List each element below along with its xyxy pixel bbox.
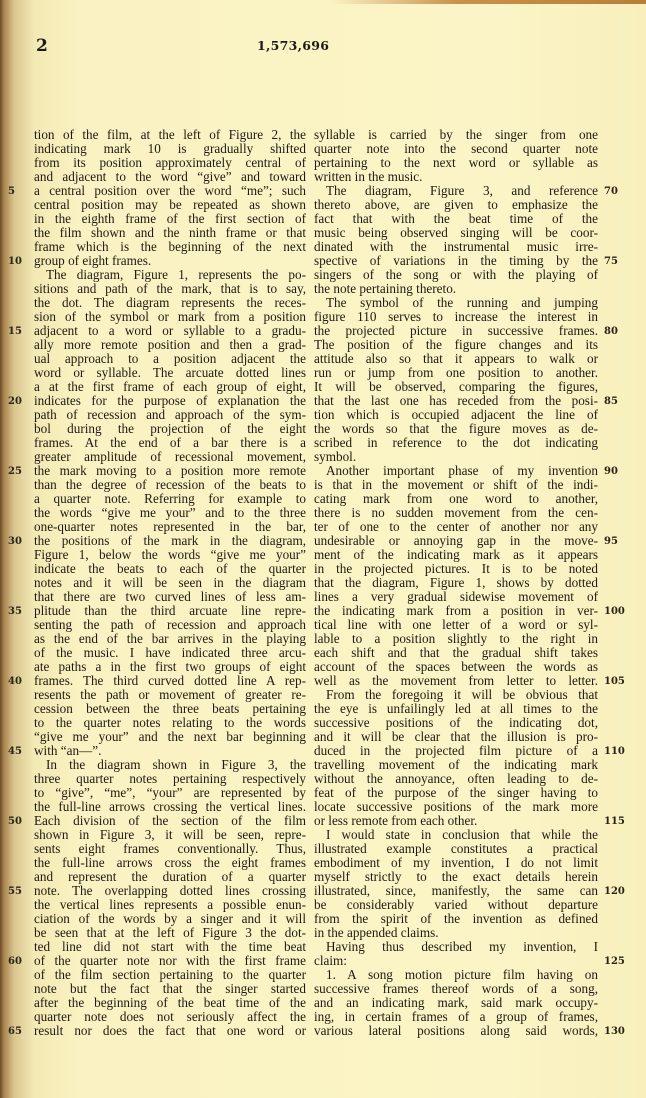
text-line: locate successive positions of the mark … bbox=[314, 800, 598, 814]
text-line: than the degree of recession of the beat… bbox=[34, 478, 306, 492]
line-number: 50 bbox=[8, 816, 22, 827]
patent-number: 1,573,696 bbox=[257, 38, 329, 53]
text-line: that the diagram, Figure 1, shows by dot… bbox=[314, 576, 598, 590]
line-number: 5 bbox=[8, 186, 15, 197]
text-line: result nor does the fact that one word o… bbox=[34, 1024, 306, 1038]
text-line: account of the spaces between the words … bbox=[314, 660, 598, 674]
text-line: thereto above, are given to emphasize th… bbox=[314, 198, 598, 212]
text-line: lines a very gradual sidewise movement o… bbox=[314, 590, 598, 604]
text-line: note. The overlapping dotted lines cross… bbox=[34, 884, 306, 898]
text-line: embodiment of my invention, I do not lim… bbox=[314, 856, 598, 870]
text-line: quarter note into the second quarter not… bbox=[314, 142, 598, 156]
text-line: the positions of the mark in the diagram… bbox=[34, 534, 306, 548]
line-number: 60 bbox=[8, 956, 22, 967]
text-line: successive positions of the indicating d… bbox=[314, 716, 598, 730]
line-number: 110 bbox=[604, 746, 625, 757]
left-column-text: tion of the film, at the left of Figure … bbox=[34, 128, 306, 1038]
text-line: feat of the purpose of the singer having… bbox=[314, 786, 598, 800]
text-line: ing, in certain frames of a group of fra… bbox=[314, 1010, 598, 1024]
text-line: ment of the indicating mark as it appear… bbox=[314, 548, 598, 562]
text-line: successive frames thereof words of a son… bbox=[314, 982, 598, 996]
text-line: various lateral positions along said wor… bbox=[314, 1024, 598, 1038]
text-line: tical line with one letter of a word or … bbox=[314, 618, 598, 632]
text-line: from its position approximately central … bbox=[34, 156, 306, 170]
text-line: travelling movement of the indicating ma… bbox=[314, 758, 598, 772]
text-line: ual approach to a position adjacent the bbox=[34, 352, 306, 366]
text-line: 1. A song motion picture film having on bbox=[314, 968, 598, 982]
text-line: group of eight frames. bbox=[34, 254, 306, 268]
text-line: singers of the song or with the playing … bbox=[314, 268, 598, 282]
text-line: a at the first frame of each group of ei… bbox=[34, 380, 306, 394]
page-edge-shadow bbox=[330, 0, 646, 4]
line-number: 90 bbox=[604, 466, 618, 477]
text-line: The position of the figure changes and i… bbox=[314, 338, 598, 352]
text-line: well as the movement from letter to lett… bbox=[314, 674, 598, 688]
line-number: 75 bbox=[604, 256, 618, 267]
text-line: the dot. The diagram represents the rece… bbox=[34, 296, 306, 310]
text-line: The diagram, Figure 3, and reference bbox=[314, 184, 598, 198]
text-line: and an indicating mark, said mark occupy… bbox=[314, 996, 598, 1010]
text-line: Figure 1, below the words “give me your” bbox=[34, 548, 306, 562]
page-header: 2 1,573,696 bbox=[0, 36, 646, 56]
text-line: tion which is occupied adjacent the line… bbox=[314, 408, 598, 422]
text-line: in the eighth frame of the first section… bbox=[34, 212, 306, 226]
text-line: tion of the film, at the left of Figure … bbox=[34, 128, 306, 142]
text-line: notes and it will be seen in the diagram bbox=[34, 576, 306, 590]
text-line: indicates for the purpose of explanation… bbox=[34, 394, 306, 408]
line-number: 65 bbox=[8, 1026, 22, 1037]
text-line: I would state in conclusion that while t… bbox=[314, 828, 598, 842]
text-line: symbol. bbox=[314, 450, 598, 464]
text-line: from the spirit of the invention as defi… bbox=[314, 912, 598, 926]
text-line: be considerably varied without departure bbox=[314, 898, 598, 912]
text-line: one-quarter notes represented in the bar… bbox=[34, 520, 306, 534]
line-number: 100 bbox=[604, 606, 625, 617]
line-number: 15 bbox=[8, 326, 22, 337]
text-line: It will be observed, comparing the figur… bbox=[314, 380, 598, 394]
text-line: with “an—”. bbox=[34, 744, 306, 758]
text-line: pertaining to the next word or syllable … bbox=[314, 156, 598, 170]
line-number: 70 bbox=[604, 186, 618, 197]
text-line: indicate the beats to each of the quarte… bbox=[34, 562, 306, 576]
text-line: plitude than the third arcuate line repr… bbox=[34, 604, 306, 618]
line-number: 85 bbox=[604, 396, 618, 407]
text-line: in the appended claims. bbox=[314, 926, 598, 940]
text-line: dinated with the instrumental music irre… bbox=[314, 240, 598, 254]
text-line: be seen that at the left of Figure 3 the… bbox=[34, 926, 306, 940]
text-line: figure 110 serves to increase the intere… bbox=[314, 310, 598, 324]
text-line: there is no sudden movement from the cen… bbox=[314, 506, 598, 520]
line-number: 10 bbox=[8, 256, 22, 267]
text-line: the full-line arrows crossing the vertic… bbox=[34, 800, 306, 814]
text-line: the eye is unfailingly led at all times … bbox=[314, 702, 598, 716]
text-line: adjacent to a word or syllable to a grad… bbox=[34, 324, 306, 338]
text-line: the projected picture in successive fram… bbox=[314, 324, 598, 338]
text-line: run or jump from one position to another… bbox=[314, 366, 598, 380]
text-line: that there are two curved lines of less … bbox=[34, 590, 306, 604]
text-line: and represent the duration of a quarter bbox=[34, 870, 306, 884]
text-line: the film shown and the ninth frame or th… bbox=[34, 226, 306, 240]
text-line: cating mark from one word to another, bbox=[314, 492, 598, 506]
text-line: undesirable or annoying gap in the move- bbox=[314, 534, 598, 548]
line-number: 115 bbox=[604, 816, 625, 827]
text-line: illustrated, since, manifestly, the same… bbox=[314, 884, 598, 898]
line-number: 80 bbox=[604, 326, 618, 337]
text-line: myself strictly to the exact details her… bbox=[314, 870, 598, 884]
text-line: frame which is the beginning of the next bbox=[34, 240, 306, 254]
text-line: sitions and path of the mark, that is to… bbox=[34, 282, 306, 296]
text-line: lable to a position slightly to the righ… bbox=[314, 632, 598, 646]
line-number: 45 bbox=[8, 746, 22, 757]
text-line: music being observed singing will be coo… bbox=[314, 226, 598, 240]
text-line: sents eight frames conventionally. Thus, bbox=[34, 842, 306, 856]
line-number: 40 bbox=[8, 676, 22, 687]
text-line: The symbol of the running and jumping bbox=[314, 296, 598, 310]
line-number: 30 bbox=[8, 536, 22, 547]
page-number: 2 bbox=[36, 36, 48, 56]
text-line: as the end of the bar arrives in the pla… bbox=[34, 632, 306, 646]
text-line: indicating mark 10 is gradually shifted bbox=[34, 142, 306, 156]
text-line: ciation of the words by a singer and it … bbox=[34, 912, 306, 926]
line-number: 105 bbox=[604, 676, 625, 687]
text-line: central position may be repeated as show… bbox=[34, 198, 306, 212]
text-line: path of recession and approach of the sy… bbox=[34, 408, 306, 422]
text-line: a quarter note. Referring for example to bbox=[34, 492, 306, 506]
text-line: the full-line arrows cross the eight fra… bbox=[34, 856, 306, 870]
text-line: resents the path or movement of greater … bbox=[34, 688, 306, 702]
text-line: Another important phase of my invention bbox=[314, 464, 598, 478]
text-line: “give me your” and the next bar beginnin… bbox=[34, 730, 306, 744]
line-number: 20 bbox=[8, 396, 22, 407]
text-line: From the foregoing it will be obvious th… bbox=[314, 688, 598, 702]
text-line: frames. At the end of a bar there is a bbox=[34, 436, 306, 450]
text-line: Having thus described my invention, I bbox=[314, 940, 598, 954]
text-line: the note pertaining thereto. bbox=[314, 282, 598, 296]
text-line: duced in the projected film picture of a bbox=[314, 744, 598, 758]
text-line: In the diagram shown in Figure 3, the bbox=[34, 758, 306, 772]
text-line: or less remote from each other. bbox=[314, 814, 598, 828]
text-line: claim: bbox=[314, 954, 598, 968]
line-number: 125 bbox=[604, 956, 625, 967]
text-line: three quarter notes pertaining respectiv… bbox=[34, 772, 306, 786]
text-line: the words so that the figure moves as de… bbox=[314, 422, 598, 436]
text-line: shown in Figure 3, it will be seen, repr… bbox=[34, 828, 306, 842]
text-line: frames. The third curved dotted line A r… bbox=[34, 674, 306, 688]
text-line: quarter note does not seriously affect t… bbox=[34, 1010, 306, 1024]
text-line: bol during the projection of the eight bbox=[34, 422, 306, 436]
line-number: 95 bbox=[604, 536, 618, 547]
text-line: fact that with the beat time of the bbox=[314, 212, 598, 226]
text-line: of the quarter note nor with the first f… bbox=[34, 954, 306, 968]
right-column-text: syllable is carried by the singer from o… bbox=[314, 128, 598, 1038]
text-line: The diagram, Figure 1, represents the po… bbox=[34, 268, 306, 282]
text-line: the vertical lines represents a possible… bbox=[34, 898, 306, 912]
text-line: word or syllable. The arcuate dotted lin… bbox=[34, 366, 306, 380]
text-line: that the last one has receded from the p… bbox=[314, 394, 598, 408]
line-number: 130 bbox=[604, 1026, 625, 1037]
line-number: 35 bbox=[8, 606, 22, 617]
text-line: illustrated example constitutes a practi… bbox=[314, 842, 598, 856]
line-number: 55 bbox=[8, 886, 22, 897]
text-line: after the beginning of the beat time of … bbox=[34, 996, 306, 1010]
text-line: of the music. I have indicated three arc… bbox=[34, 646, 306, 660]
line-number: 25 bbox=[8, 466, 22, 477]
text-line: the indicating mark from a position in v… bbox=[314, 604, 598, 618]
text-line: without the annoyance, often leading to … bbox=[314, 772, 598, 786]
text-line: is that in the movement or shift of the … bbox=[314, 478, 598, 492]
text-line: the mark moving to a position more remot… bbox=[34, 464, 306, 478]
text-line: the words “give me your” and to the thre… bbox=[34, 506, 306, 520]
text-line: syllable is carried by the singer from o… bbox=[314, 128, 598, 142]
text-line: sion of the symbol or mark from a positi… bbox=[34, 310, 306, 324]
text-line: greater amplitude of recessional movemen… bbox=[34, 450, 306, 464]
line-number: 120 bbox=[604, 886, 625, 897]
text-line: a central position over the word “me”; s… bbox=[34, 184, 306, 198]
text-line: spective of variations in the timing by … bbox=[314, 254, 598, 268]
text-line: attitude also so that it appears to walk… bbox=[314, 352, 598, 366]
text-line: of the film section pertaining to the qu… bbox=[34, 968, 306, 982]
text-line: and adjacent to the word “give” and towa… bbox=[34, 170, 306, 184]
text-line: ter of one to the center of another nor … bbox=[314, 520, 598, 534]
text-line: ted line did not start with the time bea… bbox=[34, 940, 306, 954]
text-line: Each division of the section of the film bbox=[34, 814, 306, 828]
text-line: and it will be clear that the illusion i… bbox=[314, 730, 598, 744]
text-line: each shift and that the gradual shift ta… bbox=[314, 646, 598, 660]
text-line: cession between the three beats pertaini… bbox=[34, 702, 306, 716]
text-line: senting the path of recession and approa… bbox=[34, 618, 306, 632]
text-line: note but the fact that the singer starte… bbox=[34, 982, 306, 996]
text-line: to “give”, “me”, “your” are represented … bbox=[34, 786, 306, 800]
text-line: ate paths a in the first two groups of e… bbox=[34, 660, 306, 674]
text-line: to the quarter notes relating to the wor… bbox=[34, 716, 306, 730]
text-line: written in the music. bbox=[314, 170, 598, 184]
text-line: scribed in reference to the dot indicati… bbox=[314, 436, 598, 450]
text-line: ally more remote position and then a gra… bbox=[34, 338, 306, 352]
text-line: in the projected pictures. It is to be n… bbox=[314, 562, 598, 576]
